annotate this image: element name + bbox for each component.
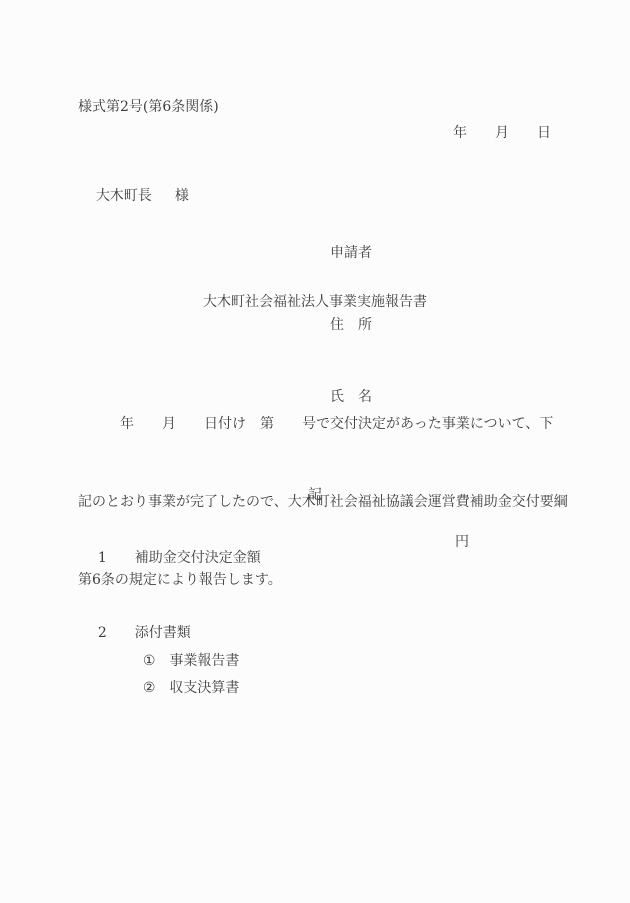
form-number: 様式第2号(第6条関係) (78, 96, 219, 116)
attachment-2-marker: ② (143, 680, 156, 696)
addressee-name: 大木町長 (96, 188, 152, 204)
addressee-line: 大木町長様 (78, 169, 189, 221)
item-1-label: 補助金交付決定金額 (135, 550, 261, 566)
record-heading: 記 (0, 484, 630, 504)
item-grant-amount: 1補助金交付決定金額 (80, 531, 261, 583)
attachment-2-label: 収支決算書 (169, 680, 239, 696)
document-title: 大木町社会福祉法人事業実施報告書 (0, 291, 630, 311)
applicant-title: 申請者 (330, 241, 372, 265)
attachment-item-2: ②収支決算書 (125, 661, 239, 713)
item-1-number: 1 (98, 550, 107, 566)
addressee-honorific: 様 (175, 188, 189, 204)
document-page: 様式第2号(第6条関係) 年 月 日 大木町長様 申請者 住 所 氏 名 大木町… (0, 0, 630, 903)
item-1-unit-yen: 円 (455, 531, 469, 551)
item-2-number: 2 (98, 625, 107, 641)
body-line-1: 年 月 日付け 第 号で交付決定があった事業について、下 (78, 411, 568, 437)
applicant-address-label: 住 所 (330, 313, 372, 337)
date-line: 年 月 日 (453, 122, 551, 142)
